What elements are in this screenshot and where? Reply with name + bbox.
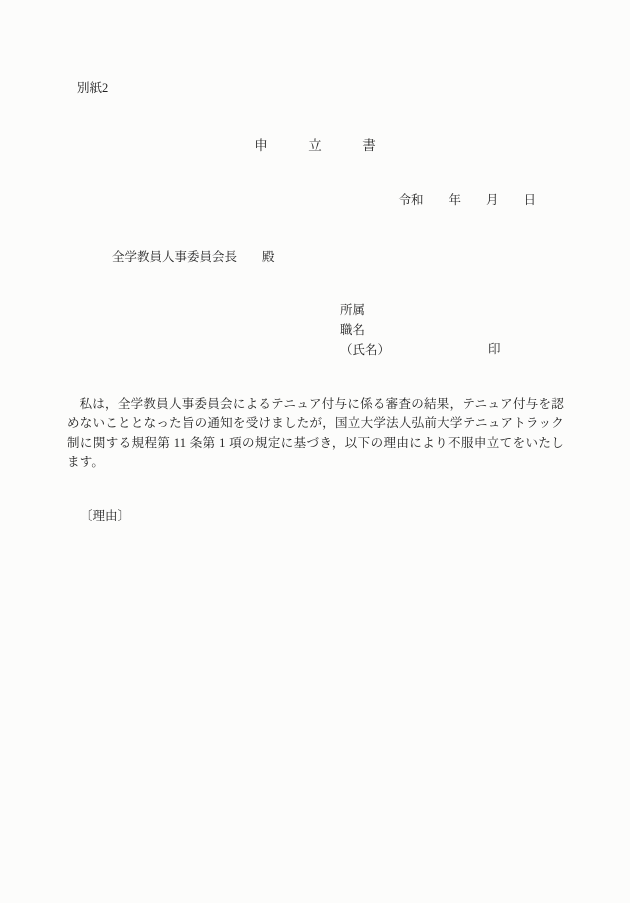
seal-label: 印 [488,342,501,357]
position-label: 職名 [340,320,390,340]
signature-block: 所属 職名 （氏名） [340,300,390,360]
affiliation-label: 所属 [340,300,390,320]
name-label: （氏名） [340,340,390,360]
document-page: 別紙2 申 立 書 令和 年 月 日 全学教員人事委員会長 殿 所属 職名 （氏… [0,0,630,903]
addressee-line: 全学教員人事委員会長 殿 [112,250,275,265]
reason-label: 〔理由〕 [80,509,130,524]
attachment-number-label: 別紙2 [77,81,108,96]
date-line: 令和 年 月 日 [398,193,536,208]
page-title: 申 立 書 [0,137,630,154]
body-paragraph: 私は，全学教員人事委員会によるテニュア付与に係る審査の結果，テニュア付与を認めな… [67,395,564,473]
